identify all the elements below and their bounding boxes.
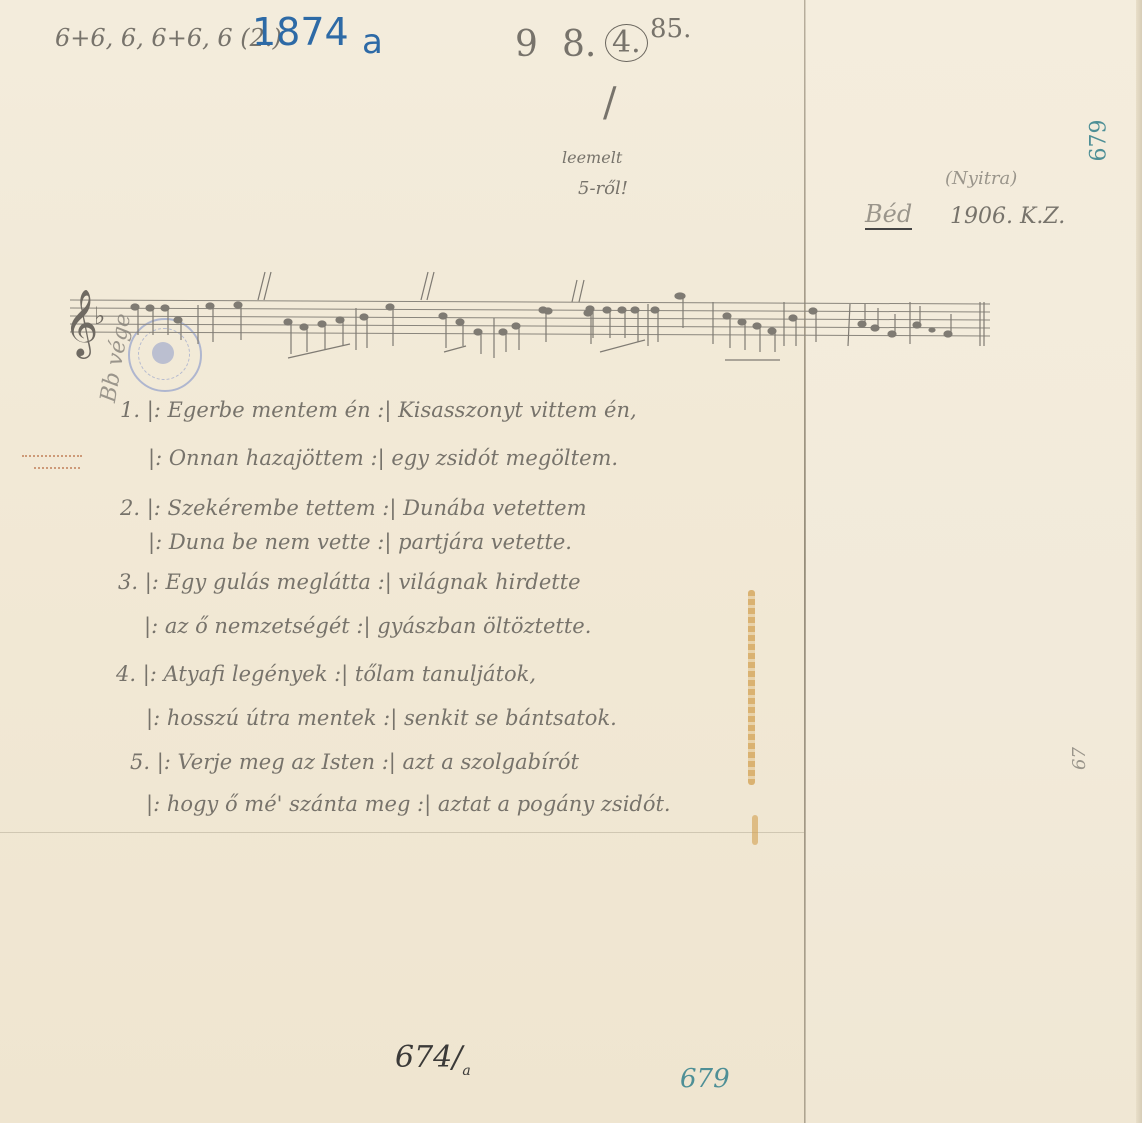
verse-number: 2. <box>120 496 140 520</box>
catalog-number: 1874 <box>252 10 349 54</box>
catalog-suffix: a <box>362 22 383 62</box>
lyric-verse-5: 5. |: Verje meg az Isten :| azt a szolga… <box>130 750 579 774</box>
classification-middle: 8. <box>562 24 596 65</box>
catalog-number-value: 1874 <box>252 10 349 54</box>
footer-teal-number: 679 <box>680 1064 730 1094</box>
tape-stain <box>748 590 755 785</box>
classification-prefix: 9 <box>515 24 538 65</box>
lyric-verse-4: 4. |: Atyafi legények :| tőlam tanuljáto… <box>116 662 536 686</box>
manuscript-sheet: 6+6, 6, 6+6, 6 (2.) 1874 a 9 8. 4. 85. /… <box>0 0 1142 1123</box>
music-staff: 𝄞 ♭ <box>60 260 1000 390</box>
county-name: (Nyitra) <box>945 168 1017 189</box>
verse-number: 1. <box>120 398 140 422</box>
vertical-fold-line <box>804 0 806 1123</box>
verse-number: 4. <box>116 662 136 686</box>
lyric-verse-2: 2. |: Szekérembe tettem :| Dunába vetett… <box>120 496 587 520</box>
archive-number: 674/a <box>395 1040 471 1079</box>
classification-slash: / <box>603 80 616 126</box>
verse-number: 5. <box>130 750 150 774</box>
margin-dash-mark <box>22 455 82 458</box>
lyric-verse-4-line-2: |: hosszú útra mentek :| senkit se bánts… <box>146 706 617 730</box>
lyric-verse-5-line-2: |: hogy ő mé' szánta meg :| aztat a pogá… <box>146 792 671 816</box>
verse-number: 3. <box>118 570 138 594</box>
note-line-2: 5-ről! <box>578 178 628 199</box>
paper-edge <box>1136 0 1142 1123</box>
classification-superscript: 85. <box>650 14 691 44</box>
note-line-1: leemelt <box>562 148 622 167</box>
verse-line: |: Egy gulás meglátta :| világnak hirdet… <box>145 570 581 594</box>
syllable-count: 6+6, 6, 6+6, 6 (2.) <box>55 24 282 52</box>
rotated-archive-number: 679 <box>1087 120 1112 162</box>
verse-line: |: Atyafi legények :| tőlam tanuljátok, <box>143 662 536 686</box>
lyric-verse-3-line-2: |: az ő nemzetségét :| gyászban öltöztet… <box>144 614 591 638</box>
verse-line: |: Egerbe mentem én :| Kisasszonyt vitte… <box>147 398 637 422</box>
place-name: Béd <box>865 200 912 230</box>
faint-margin-mark: 67 <box>1069 747 1090 770</box>
tape-stain-lower <box>752 815 758 845</box>
lyric-verse-1: 1. |: Egerbe mentem én :| Kisasszonyt vi… <box>120 398 637 422</box>
classification-circled: 4. <box>605 24 648 62</box>
flat-icon: ♭ <box>94 302 105 330</box>
margin-dash-mark <box>34 467 80 470</box>
horizontal-fold-line <box>0 832 804 833</box>
lyric-verse-1-line-2: |: Onnan hazajöttem :| egy zsidót megölt… <box>148 446 618 470</box>
verse-line: |: Verje meg az Isten :| azt a szolgabír… <box>157 750 579 774</box>
lyric-verse-2-line-2: |: Duna be nem vette :| partjára vetette… <box>148 530 572 554</box>
verse-line: |: Szekérembe tettem :| Dunába vetettem <box>147 496 587 520</box>
lyric-verse-3: 3. |: Egy gulás meglátta :| világnak hir… <box>118 570 581 594</box>
year-collector: 1906. K.Z. <box>950 204 1065 229</box>
